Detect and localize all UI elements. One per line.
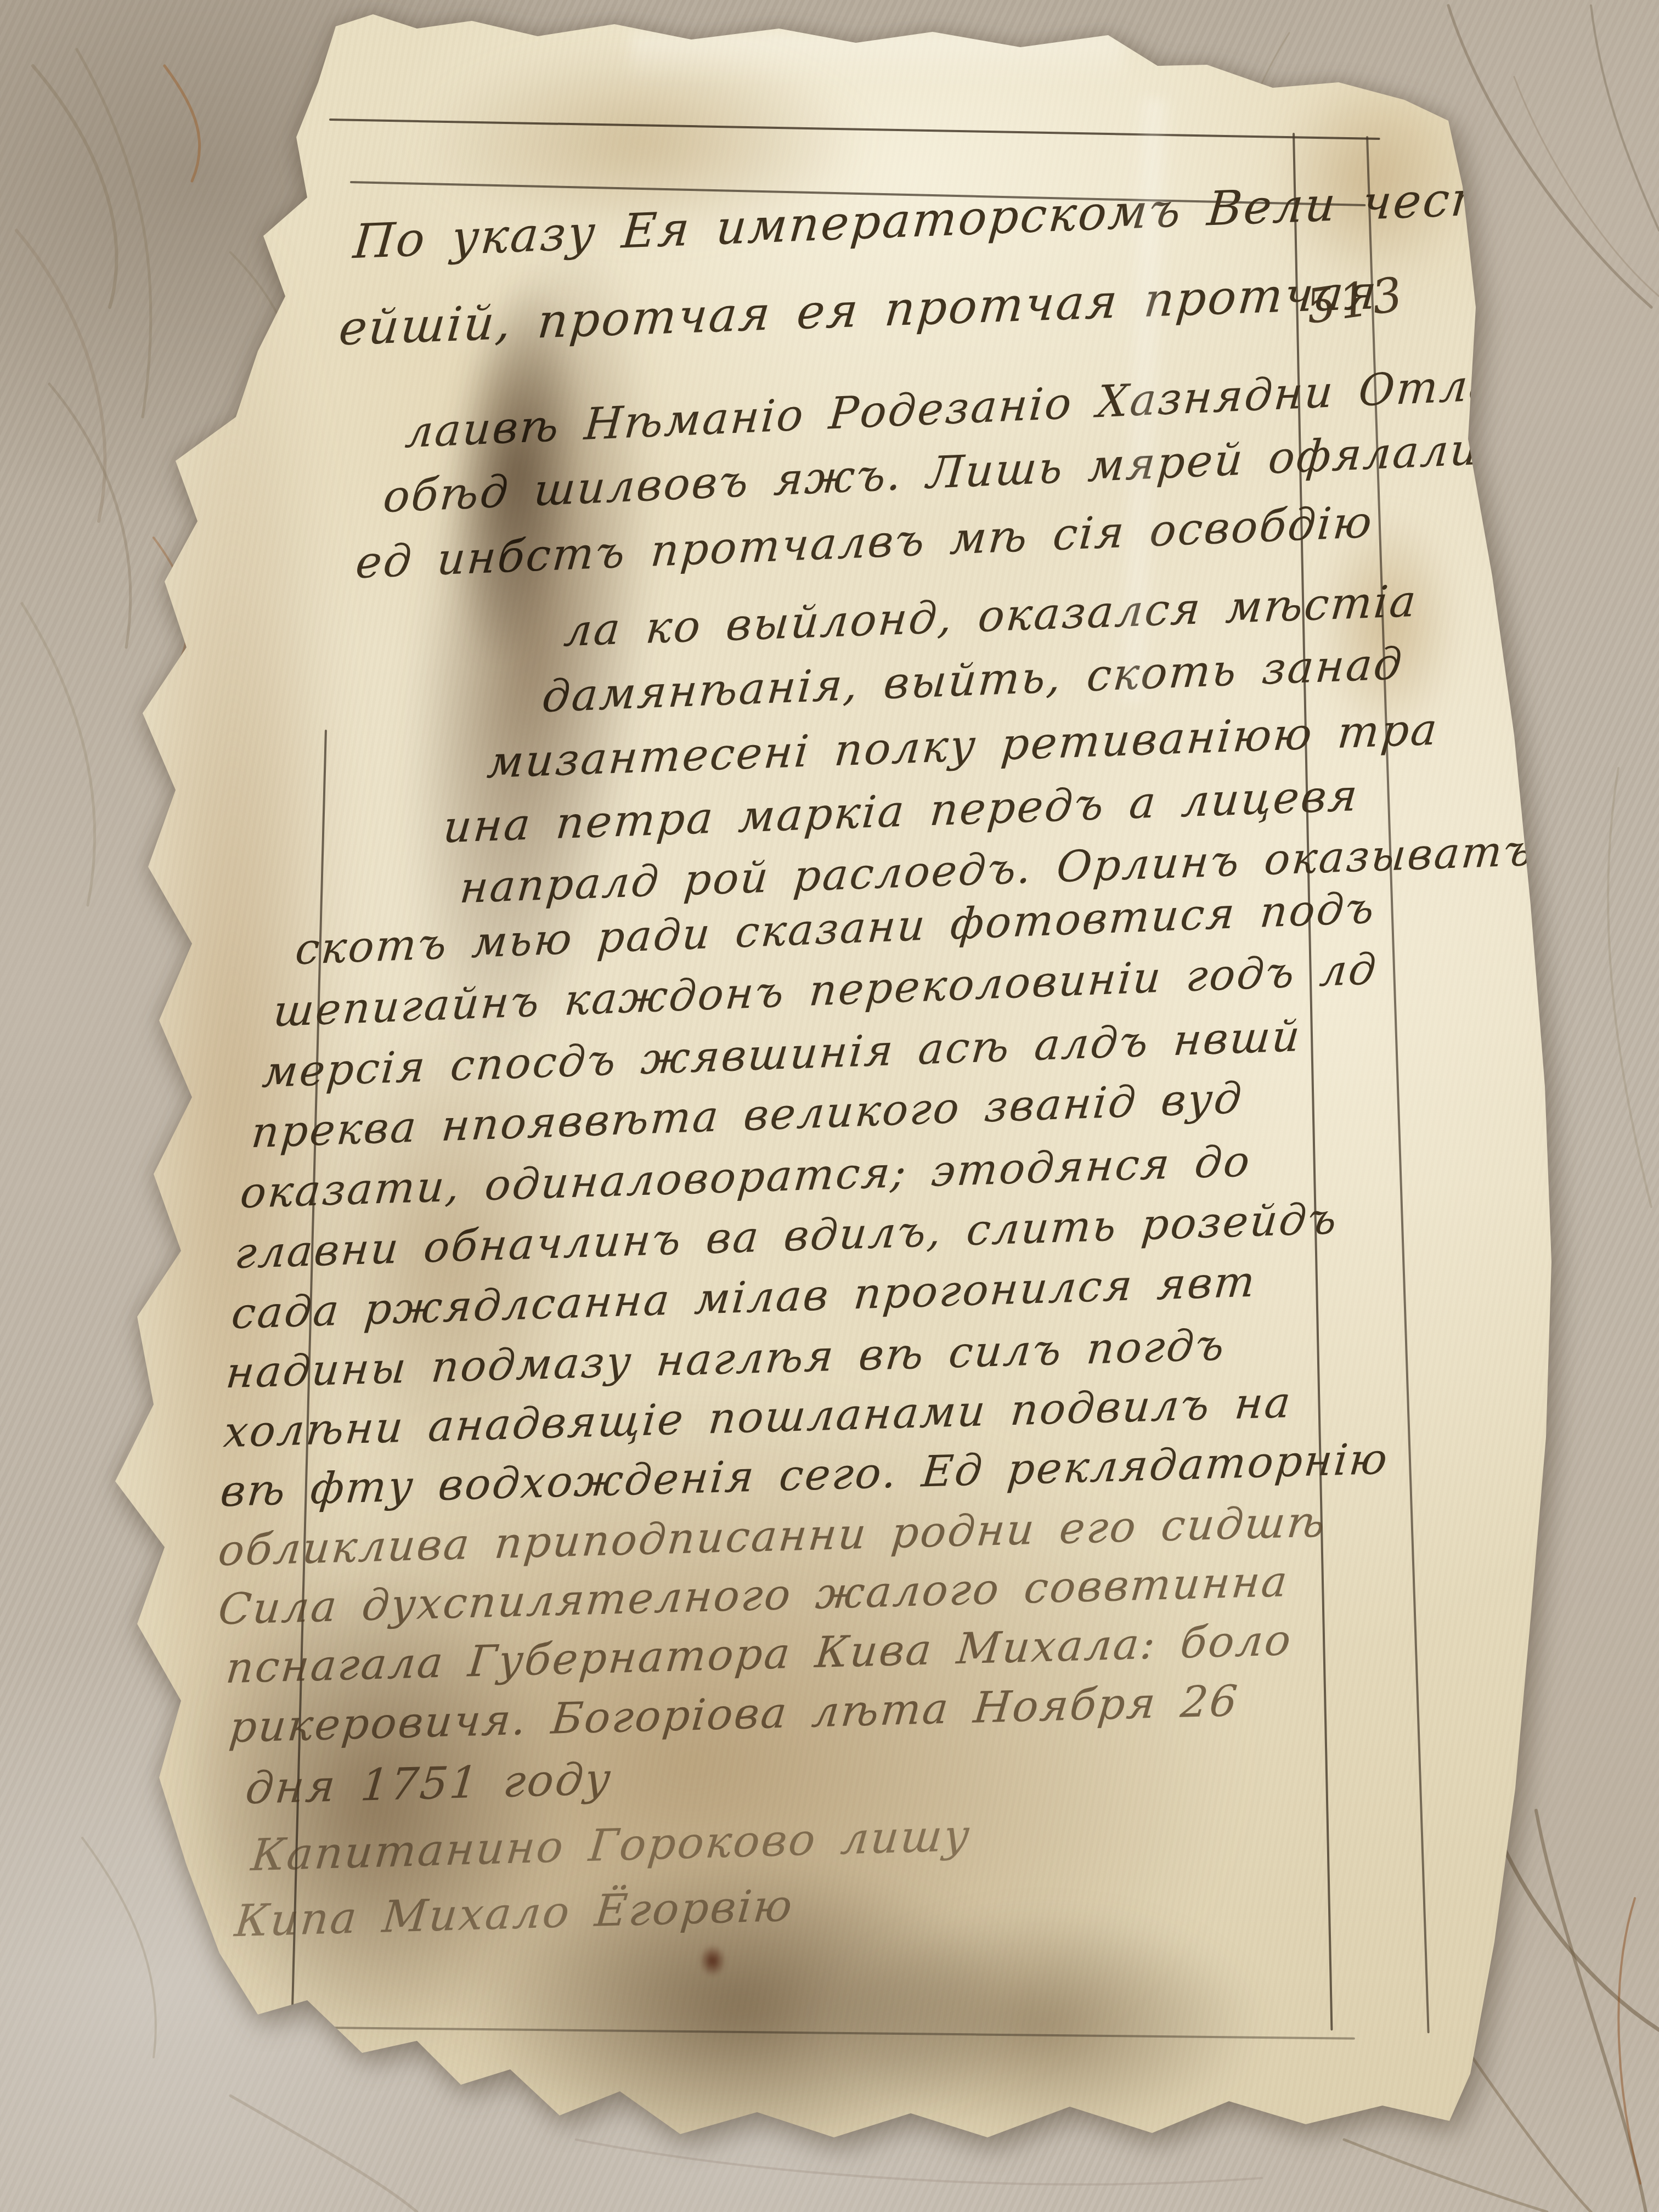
manuscript-page: 513 По указу Ея императорскомъ Вели чест… [0, 0, 1659, 2212]
rust-spot [699, 1945, 726, 1977]
manuscript-date-line: дня 1751 году [244, 1757, 614, 1811]
manuscript-signature-line: Кипа Михало Ёгорвію [233, 1884, 795, 1944]
ruled-border-bottom-line [219, 2025, 1355, 2040]
ruled-border-top-line-1 [329, 119, 1380, 140]
manuscript-line: ейшій, протчая ея протчая протчая [337, 269, 1380, 352]
ruled-border-right-line-outer [1366, 136, 1430, 2033]
large-bottom-stain [823, 1909, 1262, 2140]
manuscript-line: рикеровичя. Богоріова лѣта Ноября 26 [227, 1680, 1240, 1749]
manuscript-signature-line: Капитанино Гороково лишу [249, 1813, 973, 1877]
paper-crease [631, 33, 1125, 82]
manuscript-page-wrapper: 513 По указу Ея императорскомъ Вели чест… [0, 0, 1659, 2212]
manuscript-line: По указу Ея императорскомъ Вели чества С… [352, 162, 1659, 266]
photo-scene: 513 По указу Ея императорскомъ Вели чест… [0, 0, 1659, 2212]
manuscript-line: дамянѣанія, выйть, скоть занад [540, 642, 1405, 719]
